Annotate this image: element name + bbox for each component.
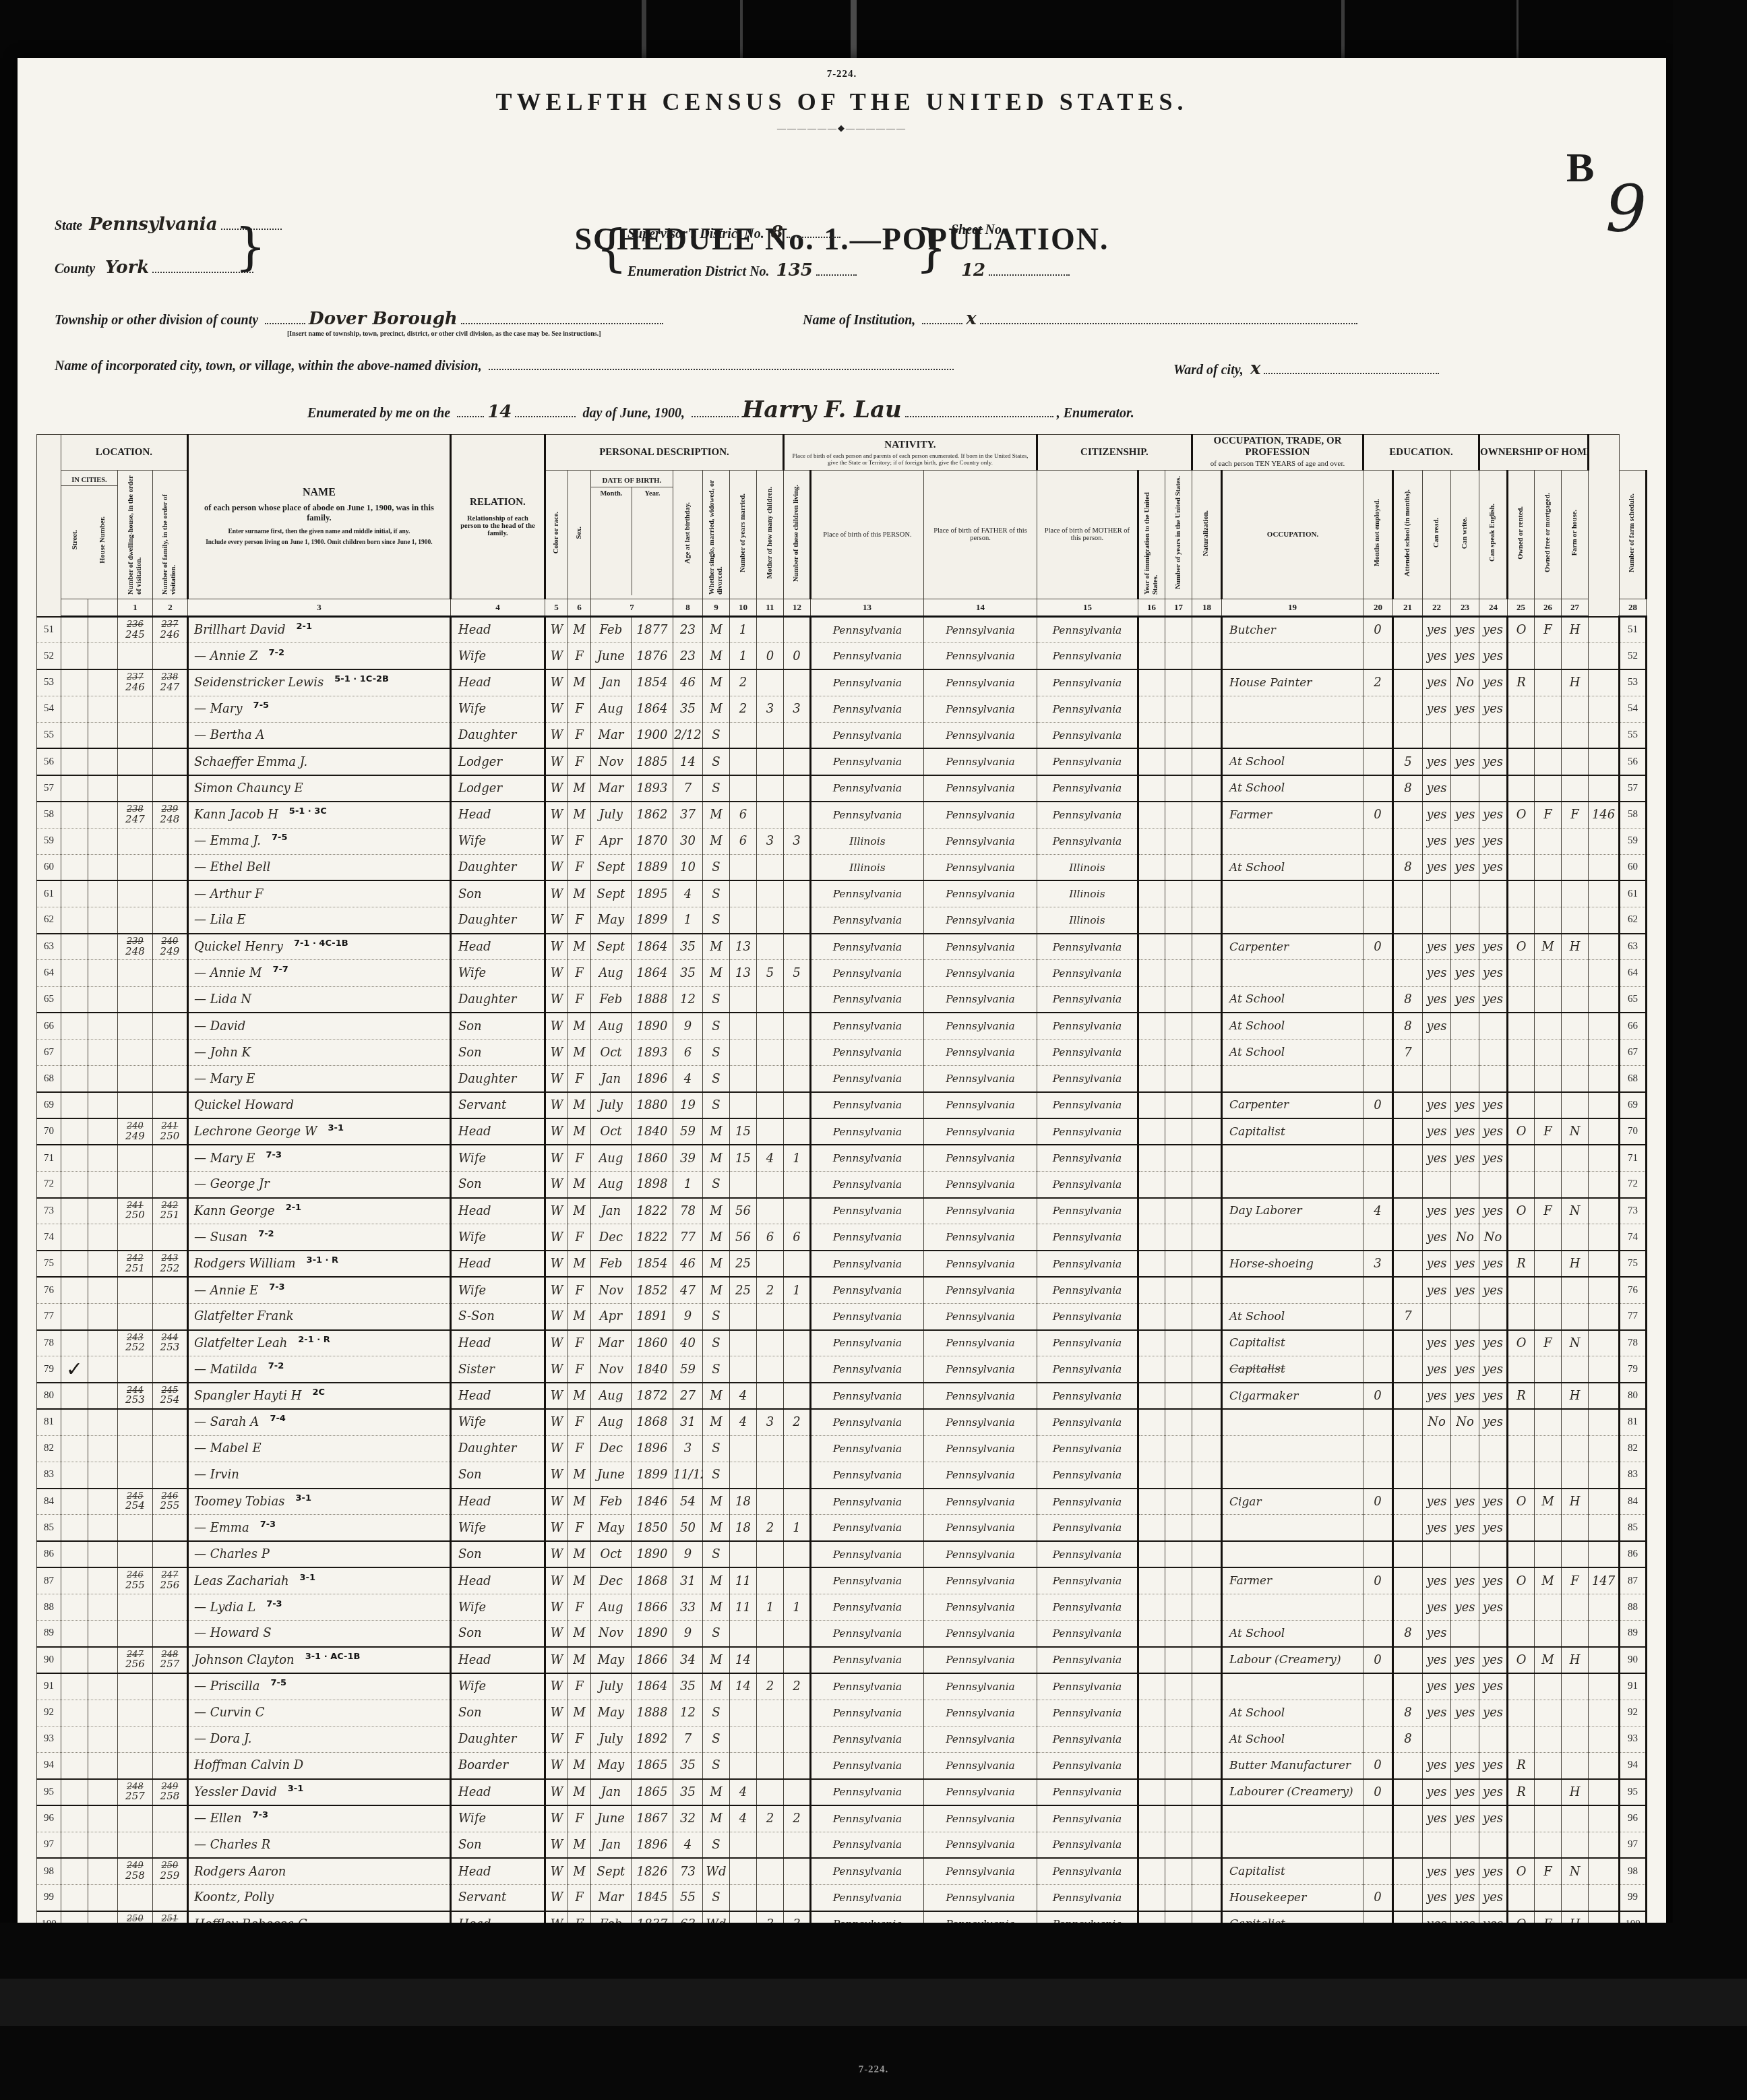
house-number [88,1647,117,1673]
family-number: 240249 [152,934,187,960]
birth-year: 1899 [631,1462,673,1489]
attended-school [1393,802,1423,828]
table-row: 67— John KSonWMOct18936SPennsylvaniaPenn… [36,1040,1646,1066]
months-not-employed [1363,1858,1393,1884]
owned-rented [1508,1171,1535,1197]
owned-rented: O [1508,1567,1535,1594]
column-number: 28 [1620,599,1647,617]
can-speak-english [1479,1621,1508,1647]
occupation: Housekeeper [1222,1885,1363,1911]
line-number: 55 [1620,722,1647,748]
color-race: W [545,1621,568,1647]
attended-school [1393,1330,1423,1356]
dwelling-number: 241250 [117,1198,152,1224]
mother-of-children [756,907,783,934]
birth-year: 1860 [631,1330,673,1356]
birth-month: Dec [590,1567,631,1594]
relation: Head [450,1118,545,1145]
years-married [729,1462,756,1489]
street [61,1805,88,1832]
can-write: yes [1451,986,1479,1013]
name: — Annie Z7-2 [187,643,450,669]
ward-field: Ward of city, x [1173,359,1439,379]
sex: M [568,1462,590,1489]
birth-year: 1876 [631,643,673,669]
can-speak-english: yes [1479,1145,1508,1171]
marital-status: M [702,1118,729,1145]
dwelling-number [117,854,152,880]
birthplace-father: Pennsylvania [923,1303,1037,1329]
sex: F [568,1145,590,1171]
mother-of-children [756,669,783,696]
can-read: yes [1423,854,1451,880]
naturalization [1192,1541,1222,1567]
line-number: 72 [1620,1171,1647,1197]
years-in-us [1165,1330,1192,1356]
mother-of-children: 1 [756,1594,783,1620]
farm-schedule [1589,907,1620,934]
owned-free-mortgaged [1535,1013,1562,1039]
birthplace-person: Pennsylvania [810,1356,923,1383]
sex: F [568,643,590,669]
birthplace-mother: Pennsylvania [1037,1092,1138,1118]
house-number [88,1277,117,1303]
age: 19 [673,1092,702,1118]
owned-free-mortgaged [1535,1515,1562,1541]
birthplace-mother: Pennsylvania [1037,960,1138,986]
sex: M [568,1251,590,1277]
birthplace-father: Pennsylvania [923,1885,1037,1911]
occupation [1222,1409,1363,1435]
naturalization [1192,802,1222,828]
can-write: yes [1451,643,1479,669]
immigration-year [1138,1515,1165,1541]
months-not-employed: 2 [1363,669,1393,696]
occupation [1222,1224,1363,1251]
months-not-employed [1363,1621,1393,1647]
pencil-annotation: 7-5 [272,833,288,843]
owned-free-mortgaged [1535,1356,1562,1383]
county-field: County York [55,258,253,278]
occupation: At School [1222,986,1363,1013]
line-number: 79 [1620,1356,1647,1383]
naturalization [1192,1251,1222,1277]
relation: Head [450,617,545,643]
can-speak-english [1479,722,1508,748]
years-in-us [1165,934,1192,960]
color-race: W [545,1277,568,1303]
occupation: Capitalist [1222,1356,1363,1383]
immigration-year [1138,1885,1165,1911]
attended-school: 7 [1393,1303,1423,1329]
marital-status: S [702,986,729,1013]
birth-month: Dec [590,1224,631,1251]
dwelling-number: 246255 [117,1567,152,1594]
street [61,1541,88,1567]
color-race: W [545,1515,568,1541]
farm-schedule [1589,960,1620,986]
farm-schedule [1589,1330,1620,1356]
group-nativity: NATIVITY. Place of birth of each person … [783,435,1037,471]
children-living [783,1171,810,1197]
color-race: W [545,1462,568,1489]
relation: Lodger [450,775,545,802]
street [61,1383,88,1409]
name: — John K [187,1040,450,1066]
farm-schedule [1589,1145,1620,1171]
pencil-annotation: 7-2 [268,648,284,658]
relation: Son [450,1013,545,1039]
birth-month: June [590,1805,631,1832]
can-write [1451,1541,1479,1567]
house-number [88,1198,117,1224]
birthplace-father: Pennsylvania [923,934,1037,960]
owned-free-mortgaged [1535,1673,1562,1700]
birthplace-father: Pennsylvania [923,1435,1037,1462]
farm-schedule [1589,1251,1620,1277]
years-married [729,1171,756,1197]
pencil-annotation: 7-3 [266,1599,282,1609]
can-read: yes [1423,960,1451,986]
line-number: 52 [36,643,61,669]
years-in-us [1165,1383,1192,1409]
attended-school [1393,880,1423,907]
pencil-annotation: 3-1 [288,1784,304,1794]
marital-status: S [702,1356,729,1383]
farm-house: N [1562,1330,1589,1356]
column-number: 14 [923,599,1037,617]
col-age-header: Age at last birthday. [673,471,702,599]
birthplace-father: Pennsylvania [923,1594,1037,1620]
street [61,1515,88,1541]
farm-schedule [1589,696,1620,722]
table-body: 51236245237246Brillhart David2-1HeadWMFe… [36,617,1646,1938]
marital-status: M [702,1383,729,1409]
color-race: W [545,1066,568,1092]
birth-month: Oct [590,1118,631,1145]
birthplace-father: Pennsylvania [923,1145,1037,1171]
attended-school [1393,1171,1423,1197]
years-in-us [1165,1013,1192,1039]
farm-house [1562,1885,1589,1911]
line-number: 62 [1620,907,1647,934]
months-not-employed [1363,696,1393,722]
line-number: 85 [36,1515,61,1541]
occupation: Cigar [1222,1489,1363,1515]
birthplace-father: Pennsylvania [923,722,1037,748]
line-number: 94 [36,1753,61,1779]
farm-schedule [1589,1753,1620,1779]
farm-house [1562,1145,1589,1171]
line-number: 83 [1620,1462,1647,1489]
birth-year: 1896 [631,1435,673,1462]
street [61,1647,88,1673]
relation: Head [450,1567,545,1594]
attended-school [1393,722,1423,748]
sex: F [568,1277,590,1303]
dwelling-number [117,828,152,854]
dwelling-number: 239248 [117,934,152,960]
attended-school [1393,669,1423,696]
color-race: W [545,1198,568,1224]
farm-house: H [1562,1383,1589,1409]
column-number: 13 [810,599,923,617]
attended-school [1393,1753,1423,1779]
house-number [88,1066,117,1092]
occupation: Butter Manufacturer [1222,1753,1363,1779]
color-race: W [545,1330,568,1356]
attended-school [1393,1647,1423,1673]
children-living: 1 [783,1594,810,1620]
owned-free-mortgaged [1535,1383,1562,1409]
can-read [1423,1303,1451,1329]
farm-schedule: 146 [1589,802,1620,828]
birthplace-father: Pennsylvania [923,1383,1037,1409]
column-number [88,599,117,617]
can-speak-english: yes [1479,696,1508,722]
mother-of-children [756,934,783,960]
sheet-no-value: 12 [961,260,1070,280]
pencil-annotation: 7-3 [253,1810,269,1820]
pencil-annotation: 2C [312,1387,325,1398]
birthplace-mother: Pennsylvania [1037,1805,1138,1832]
children-living [783,1726,810,1752]
naturalization [1192,1040,1222,1066]
can-write: yes [1451,1092,1479,1118]
birthplace-mother: Pennsylvania [1037,1409,1138,1435]
birthplace-mother: Pennsylvania [1037,722,1138,748]
col-name-header: NAME of each person whose place of abode… [187,435,450,599]
farm-house [1562,1171,1589,1197]
dwelling-number [117,1066,152,1092]
naturalization [1192,1647,1222,1673]
birthplace-father: Pennsylvania [923,1224,1037,1251]
marital-status: M [702,828,729,854]
sex: M [568,1383,590,1409]
owned-free-mortgaged [1535,880,1562,907]
mother-of-children [756,1198,783,1224]
relation: S-Son [450,1303,545,1329]
relation: Head [450,1489,545,1515]
column-number: 9 [702,599,729,617]
family-number: 250259 [152,1858,187,1884]
color-race: W [545,1647,568,1673]
birth-year: 1840 [631,1356,673,1383]
mother-of-children: 4 [756,1145,783,1171]
house-number [88,748,117,775]
relation: Wife [450,1673,545,1700]
owned-rented: O [1508,802,1535,828]
farm-house: N [1562,1858,1589,1884]
birthplace-person: Pennsylvania [810,1858,923,1884]
immigration-year [1138,986,1165,1013]
birth-month: Sept [590,934,631,960]
birth-month: May [590,1647,631,1673]
family-number: 246255 [152,1489,187,1515]
birthplace-person: Pennsylvania [810,1066,923,1092]
can-speak-english: yes [1479,1277,1508,1303]
age: 23 [673,617,702,643]
column-number: 2 [152,599,187,617]
age: 54 [673,1489,702,1515]
can-write: yes [1451,1567,1479,1594]
birthplace-person: Pennsylvania [810,1621,923,1647]
birthplace-person: Pennsylvania [810,1779,923,1805]
house-number [88,854,117,880]
marital-status: M [702,1594,729,1620]
line-number: 91 [36,1673,61,1700]
sex: M [568,1198,590,1224]
column-number: 3 [187,599,450,617]
street [61,1040,88,1066]
street [61,1435,88,1462]
attended-school [1393,1409,1423,1435]
dwelling-number [117,1409,152,1435]
children-living [783,1383,810,1409]
months-not-employed: 0 [1363,802,1393,828]
children-living [783,1462,810,1489]
years-married: 14 [729,1647,756,1673]
table-row: 56Schaeffer Emma J.LodgerWFNov188514SPen… [36,748,1646,775]
immigration-year [1138,1779,1165,1805]
can-speak-english [1479,1726,1508,1752]
mother-of-children [756,1779,783,1805]
farm-house [1562,880,1589,907]
line-number: 56 [36,748,61,775]
line-number: 70 [1620,1118,1647,1145]
line-number: 76 [36,1277,61,1303]
birth-month: Feb [590,986,631,1013]
can-read: yes [1423,1224,1451,1251]
can-read [1423,1541,1451,1567]
line-number: 95 [1620,1779,1647,1805]
farm-schedule [1589,1647,1620,1673]
color-race: W [545,1145,568,1171]
age: 3 [673,1435,702,1462]
mother-of-children [756,1832,783,1858]
name: Simon Chauncy E [187,775,450,802]
family-number [152,696,187,722]
months-not-employed: 0 [1363,1647,1393,1673]
line-number: 56 [1620,748,1647,775]
street [61,880,88,907]
col-sex-header: Sex. [568,471,590,599]
farm-schedule [1589,1409,1620,1435]
farm-schedule [1589,1621,1620,1647]
months-not-employed [1363,1541,1393,1567]
house-number [88,986,117,1013]
children-living [783,1858,810,1884]
children-living [783,1198,810,1224]
street [61,1832,88,1858]
immigration-year [1138,1594,1165,1620]
house-number [88,775,117,802]
table-row: 62— Lila EDaughterWFMay18991SPennsylvani… [36,907,1646,934]
age: 4 [673,1832,702,1858]
birth-year: 1890 [631,1621,673,1647]
mother-of-children [756,854,783,880]
col-occupation-header: OCCUPATION. [1222,471,1363,599]
naturalization [1192,1092,1222,1118]
name: — Mary7-5 [187,696,450,722]
farm-house [1562,854,1589,880]
farm-schedule [1589,1805,1620,1832]
owned-free-mortgaged [1535,1040,1562,1066]
years-in-us [1165,1726,1192,1752]
can-read: yes [1423,934,1451,960]
birth-month: Jan [590,1779,631,1805]
column-number: 15 [1037,599,1138,617]
street [61,1145,88,1171]
years-married [729,1330,756,1356]
farm-house [1562,1621,1589,1647]
naturalization [1192,1171,1222,1197]
birthplace-mother: Pennsylvania [1037,643,1138,669]
can-speak-english: yes [1479,1515,1508,1541]
line-number: 93 [1620,1726,1647,1752]
color-race: W [545,854,568,880]
can-read: yes [1423,1885,1451,1911]
street [61,748,88,775]
line-number: 94 [1620,1753,1647,1779]
family-number [152,1594,187,1620]
naturalization [1192,934,1222,960]
mother-of-children [756,1118,783,1145]
family-number [152,1092,187,1118]
family-number [152,1805,187,1832]
name: Lechrone George W3-1 [187,1118,450,1145]
years-in-us [1165,907,1192,934]
birthplace-father: Pennsylvania [923,1515,1037,1541]
pencil-annotation: 7-2 [268,1361,284,1371]
mother-of-children: 2 [756,1277,783,1303]
months-not-employed: 0 [1363,934,1393,960]
can-speak-english: yes [1479,802,1508,828]
owned-rented [1508,1515,1535,1541]
years-in-us [1165,1805,1192,1832]
can-write: yes [1451,828,1479,854]
children-living [783,669,810,696]
house-number [88,1118,117,1145]
sex: F [568,828,590,854]
naturalization [1192,1435,1222,1462]
line-number: 71 [1620,1145,1647,1171]
months-not-employed [1363,1832,1393,1858]
color-race: W [545,1171,568,1197]
farm-house [1562,907,1589,934]
pencil-annotation: 3-1 · AC-1B [305,1652,361,1662]
occupation [1222,1541,1363,1567]
color-race: W [545,880,568,907]
line-number: 75 [36,1251,61,1277]
marital-status: M [702,1145,729,1171]
dwelling-number [117,1303,152,1329]
birthplace-person: Pennsylvania [810,1673,923,1700]
family-number: 241250 [152,1118,187,1145]
immigration-year [1138,1251,1165,1277]
mother-of-children [756,1092,783,1118]
name: Rodgers Aaron [187,1858,450,1884]
immigration-year [1138,802,1165,828]
children-living: 2 [783,1805,810,1832]
sex: F [568,1726,590,1752]
column-number: 17 [1165,599,1192,617]
col-immigration-header: Year of immigration to the United States… [1138,471,1165,599]
can-write: yes [1451,1700,1479,1726]
years-married [729,1013,756,1039]
owned-free-mortgaged [1535,1832,1562,1858]
relation: Wife [450,1224,545,1251]
